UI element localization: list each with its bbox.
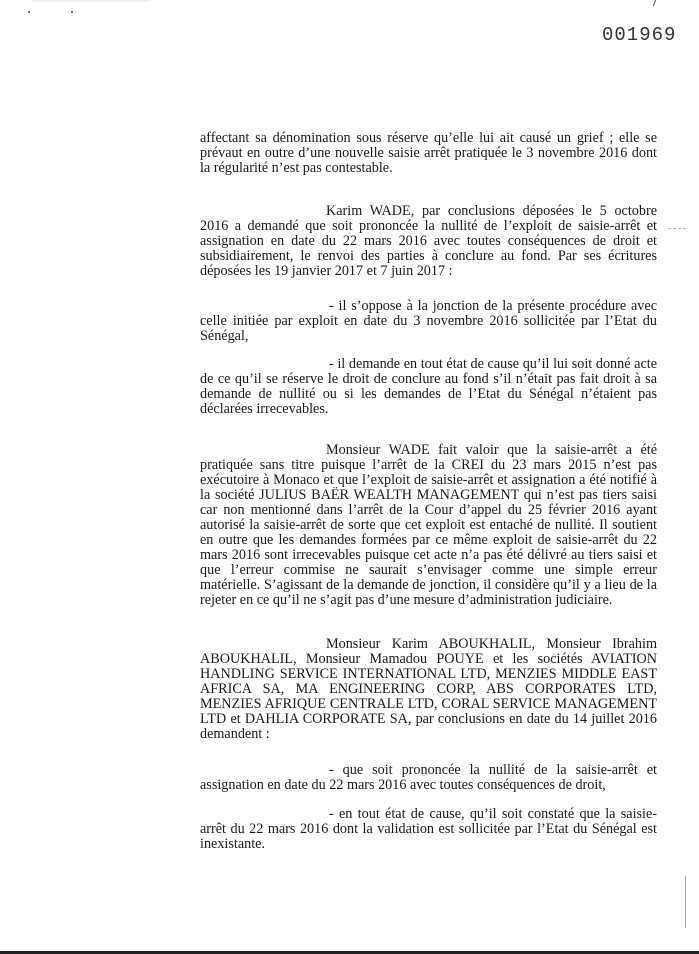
bullet-text: - il demande en tout état de cause qu’il…	[200, 357, 657, 417]
paragraph-text: Monsieur Karim ABOUKHALIL, Monsieur Ibra…	[200, 637, 657, 742]
bullet-demande-acte: - il demande en tout état de cause qu’il…	[200, 357, 657, 417]
scan-speck	[28, 11, 30, 13]
bullet-text: - en tout état de cause, qu’il soit cons…	[200, 807, 657, 852]
paragraph-karim-wade-conclusions: Karim WADE, par conclusions déposées le …	[200, 204, 657, 279]
paragraph-wade-arguments: Monsieur WADE fait valoir que la saisie-…	[200, 443, 657, 608]
page-stamp-number: 001969	[602, 24, 676, 46]
bullet-inexistante: - en tout état de cause, qu’il soit cons…	[200, 807, 657, 852]
pen-mark	[653, 0, 656, 6]
paragraph-text: affectant sa dénomination sous réserve q…	[200, 131, 657, 176]
paragraph-text: Monsieur WADE fait valoir que la saisie-…	[200, 443, 657, 608]
scan-speck	[71, 11, 73, 13]
scan-tab-artifact	[28, 0, 154, 2]
scan-edge-line	[685, 876, 686, 928]
paragraph-text: Karim WADE, par conclusions déposées le …	[200, 204, 657, 279]
paragraph-continuation: affectant sa dénomination sous réserve q…	[200, 131, 657, 176]
bullet-text: - que soit prononcée la nullité de la sa…	[200, 763, 657, 793]
margin-mark	[668, 228, 686, 229]
bullet-text: - il s’oppose à la jonction de la présen…	[200, 299, 657, 344]
bullet-opposition-jonction: - il s’oppose à la jonction de la présen…	[200, 299, 657, 344]
paragraph-aboukhalil-conclusions: Monsieur Karim ABOUKHALIL, Monsieur Ibra…	[200, 637, 657, 742]
bullet-nullite: - que soit prononcée la nullité de la sa…	[200, 763, 657, 793]
